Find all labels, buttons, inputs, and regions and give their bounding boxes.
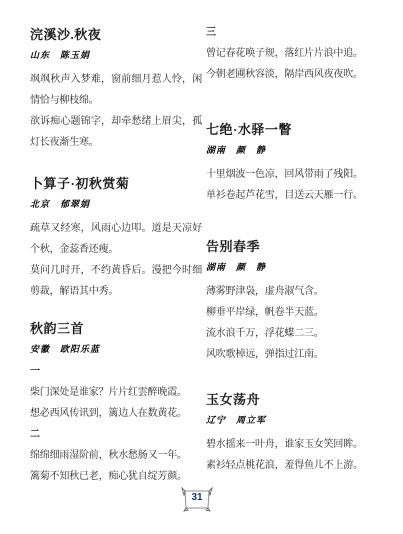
poem-section-gaobie: 告别春季 湖南 颜 静 薄雾野津袅，虚舟淑气含。 柳垂平岸绿，帆卷半天蓝。 流水… bbox=[206, 238, 384, 365]
poem-title: 七绝·水驿一瞥 bbox=[206, 121, 384, 138]
poem-paragraph: 疏草又经寒，风雨心边叩。道是天凉好个秋，金蕊香还瘦。 bbox=[30, 218, 202, 260]
page-number: 31 bbox=[181, 492, 213, 503]
poem-section-yunv: 玉女荡舟 辽宁 周立军 碧水摇来一叶舟，谁家玉女笑回眸。 素衫轻点桃花浪，羞得鱼… bbox=[206, 391, 384, 476]
poem-section-busuanzi: 卜算子·初秋赏菊 北京 郁翠娟 疏草又经寒，风雨心边叩。道是天凉好个秋，金蕊香还… bbox=[30, 175, 202, 302]
poem-body: 碧水摇来一叶舟，谁家玉女笑回眸。 素衫轻点桃花浪，羞得鱼儿不上游。 bbox=[206, 434, 384, 476]
poem-author: 安徽 欧阳乐蓝 bbox=[30, 343, 202, 355]
poem-title: 告别春季 bbox=[206, 238, 384, 255]
poem-body: 飒飒秋声入梦难，窗前细月惹人怜，闲情恰与柳枝绵。 欲诉痴心题锦字，却牵愁绪上眉尖… bbox=[30, 69, 202, 153]
poem-line: 曾记春花唤子规，落红片片浪中追。 bbox=[206, 43, 384, 64]
right-column: 三 曾记春花唤子规，落红片片浪中追。 今朝老圃秋容淡，隔岸西风夜夜吹。 七绝·水… bbox=[206, 22, 384, 476]
poem-author: 湖南 颜 静 bbox=[206, 144, 384, 156]
poem-line: 今朝老圃秋容淡，隔岸西风夜夜吹。 bbox=[206, 64, 384, 85]
poem-body: 疏草又经寒，风雨心边叩。道是天凉好个秋，金蕊香还瘦。 莫问几时开，不约黄昏后。漫… bbox=[30, 218, 202, 302]
poem-line: 想必西风传讯到，篱边人在数黄花。 bbox=[30, 403, 202, 424]
poem-section-huanxisha: 浣溪沙.秋夜 山东 陈玉娟 飒飒秋声入梦难，窗前细月惹人怜，闲情恰与柳枝绵。 欲… bbox=[30, 26, 202, 153]
poem-title: 卜算子·初秋赏菊 bbox=[30, 175, 202, 192]
poem-section-qiuyun-continued: 三 曾记春花唤子规，落红片片浪中追。 今朝老圃秋容淡，隔岸西风夜夜吹。 bbox=[206, 22, 384, 85]
poetry-magazine-page: 浣溪沙.秋夜 山东 陈玉娟 飒飒秋声入梦难，窗前细月惹人怜，闲情恰与柳枝绵。 欲… bbox=[0, 0, 403, 534]
page-number-scroll: 31 bbox=[181, 486, 213, 513]
poem-line: 风吹歌棹远，弹指过江南。 bbox=[206, 344, 384, 365]
poem-line: 柴门深处是谁家？片片红雲醉晚霞。 bbox=[30, 382, 202, 403]
poem-author: 湖南 颜 静 bbox=[206, 261, 384, 273]
poem-title: 玉女荡舟 bbox=[206, 391, 384, 408]
poem-author: 北京 郁翠娟 bbox=[30, 198, 202, 210]
poem-author: 山东 陈玉娟 bbox=[30, 49, 202, 61]
stanza-marker-one: 一 bbox=[30, 361, 202, 382]
poem-body: 一 柴门深处是谁家？片片红雲醉晚霞。 想必西风传讯到，篱边人在数黄花。 二 绵绵… bbox=[30, 361, 202, 487]
poem-title: 秋韵三首 bbox=[30, 320, 202, 337]
stanza-marker-three: 三 bbox=[206, 22, 384, 43]
poem-line: 绵绵细雨湿阶前，秋水愁肠又一年。 bbox=[30, 445, 202, 466]
poem-line: 十里烟波一色凉，回风带雨了残阳。 bbox=[206, 164, 384, 185]
poem-paragraph: 欲诉痴心题锦字，却牵愁绪上眉尖，孤灯长夜渐生寒。 bbox=[30, 111, 202, 153]
poem-line: 流水浪千万，浮花蝶二三。 bbox=[206, 323, 384, 344]
poem-author: 辽宁 周立军 bbox=[206, 414, 384, 426]
poem-line: 素衫轻点桃花浪，羞得鱼儿不上游。 bbox=[206, 455, 384, 476]
poem-section-qiuyun: 秋韵三首 安徽 欧阳乐蓝 一 柴门深处是谁家？片片红雲醉晚霞。 想必西风传讯到，… bbox=[30, 320, 202, 487]
poem-section-shuiyi: 七绝·水驿一瞥 湖南 颜 静 十里烟波一色凉，回风带雨了残阳。 单衫卷起芦花雪，… bbox=[206, 121, 384, 206]
poem-paragraph: 飒飒秋声入梦难，窗前细月惹人怜，闲情恰与柳枝绵。 bbox=[30, 69, 202, 111]
poem-line: 薄雾野津袅，虚舟淑气含。 bbox=[206, 281, 384, 302]
poem-paragraph: 莫问几时开，不约黄昏后。漫把今时细剪裁，解语其中秀。 bbox=[30, 260, 202, 302]
poem-line: 篱菊不知秋已老，痴心犹自绽芳颜。 bbox=[30, 466, 202, 487]
poem-line: 柳垂平岸绿，帆卷半天蓝。 bbox=[206, 302, 384, 323]
poem-body: 十里烟波一色凉，回风带雨了残阳。 单衫卷起芦花雪，目送云天雁一行。 bbox=[206, 164, 384, 206]
poem-line: 单衫卷起芦花雪，目送云天雁一行。 bbox=[206, 185, 384, 206]
poem-line: 碧水摇来一叶舟，谁家玉女笑回眸。 bbox=[206, 434, 384, 455]
stanza-marker-two: 二 bbox=[30, 424, 202, 445]
poem-title: 浣溪沙.秋夜 bbox=[30, 26, 202, 43]
poem-body: 薄雾野津袅，虚舟淑气含。 柳垂平岸绿，帆卷半天蓝。 流水浪千万，浮花蝶二三。 风… bbox=[206, 281, 384, 365]
left-column: 浣溪沙.秋夜 山东 陈玉娟 飒飒秋声入梦难，窗前细月惹人怜，闲情恰与柳枝绵。 欲… bbox=[30, 26, 202, 487]
